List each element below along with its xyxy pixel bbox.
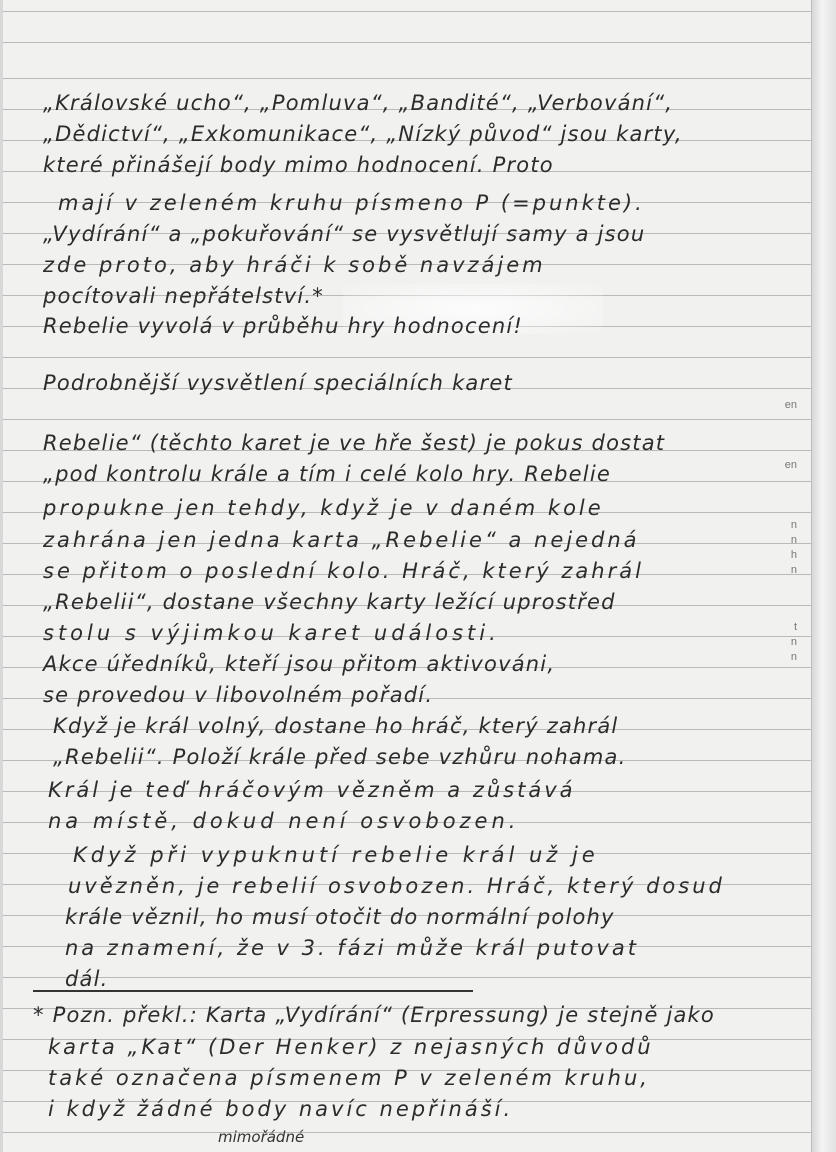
- notebook-page: „Královské ucho“, „Pomluva“, „Bandité“, …: [0, 0, 815, 1152]
- margin-mark: en: [785, 398, 797, 413]
- rebelie-line-12: Král je teď hráčovým vězněm a zůstává: [48, 777, 576, 803]
- intro-line-3: které přinášejí body mimo hodnocení. Pro…: [43, 152, 554, 178]
- margin-mark: t: [794, 620, 797, 635]
- rebelie-line-2: „pod kontrolu krále a tím i celé kolo hr…: [43, 461, 611, 487]
- rebelie-line-13: na místě, dokud není osvobozen.: [48, 808, 519, 834]
- margin-mark: h: [791, 548, 797, 563]
- intro-line-5: „Vydírání“ a „pokuřování“ se vysvětlují …: [43, 221, 645, 247]
- rebelie-line-9: se provedou v libovolném pořadí.: [43, 682, 433, 708]
- intro-line-1: „Královské ucho“, „Pomluva“, „Bandité“, …: [43, 90, 673, 116]
- rebelie-line-7: stolu s výjimkou karet události.: [43, 620, 500, 646]
- margin-mark: n: [791, 650, 797, 665]
- rebelie-line-11: „Rebelii“. Položí krále před sebe vzhůru…: [53, 744, 627, 770]
- rebelie-line-16: krále věznil, ho musí otočit do normální…: [65, 904, 615, 930]
- footnote-line-2: karta „Kat“ (Der Henker) z nejasných dův…: [48, 1034, 654, 1060]
- rebelie-line-3: propukne jen tehdy, když je v daném kole: [43, 495, 604, 521]
- intro-line-4: mají v zeleném kruhu písmeno P (=punkte)…: [58, 190, 645, 216]
- margin-mark: n: [791, 533, 797, 548]
- intro-line-7: pocítovali nepřátelství.*: [43, 283, 324, 309]
- rebelie-line-17: na znamení, že v 3. fázi může král putov…: [65, 935, 639, 961]
- footnote-separator: [33, 990, 473, 992]
- footnote-line-4: i když žádné body navíc nepřináší.: [48, 1096, 513, 1122]
- section-heading: Podrobnější vysvětlení speciálních karet: [43, 370, 513, 396]
- rebelie-line-1: Rebelie“ (těchto karet je ve hře šest) j…: [43, 430, 665, 456]
- rebelie-line-4: zahrána jen jedna karta „Rebelie“ a neje…: [43, 527, 640, 553]
- rebelie-line-18: dál.: [65, 966, 109, 992]
- rebelie-line-15: uvězněn, je rebelií osvobozen. Hráč, kte…: [68, 873, 725, 899]
- page-edge: [811, 0, 836, 1152]
- margin-mark: en: [785, 458, 797, 473]
- rebelie-line-10: Když je král volný, dostane ho hráč, kte…: [53, 713, 618, 739]
- intro-line-6: zde proto, aby hráči k sobě navzájem: [43, 252, 546, 278]
- rebelie-line-5: se přitom o poslední kolo. Hráč, který z…: [43, 558, 644, 584]
- margin-mark: n: [791, 635, 797, 650]
- footnote-line-1: * Pozn. překl.: Karta „Vydírání“ (Erpres…: [33, 1002, 715, 1028]
- rebelie-line-6: „Rebelii“, dostane všechny karty ležící …: [43, 589, 616, 615]
- intro-line-2: „Dědictví“, „Exkomunikace“, „Nízký původ…: [43, 121, 683, 147]
- rebelie-line-14: Když při vypuknutí rebelie král už je: [73, 842, 599, 868]
- footnote-insertion: mimořádné: [218, 1128, 304, 1146]
- margin-mark: n: [791, 563, 797, 578]
- intro-line-8: Rebelie vyvolá v průběhu hry hodnocení!: [43, 313, 523, 339]
- rebelie-line-8: Akce úředníků, kteří jsou přitom aktivov…: [43, 651, 555, 677]
- margin-mark: n: [791, 518, 797, 533]
- footnote-line-3: také označena písmenem P v zeleném kruhu…: [48, 1065, 650, 1091]
